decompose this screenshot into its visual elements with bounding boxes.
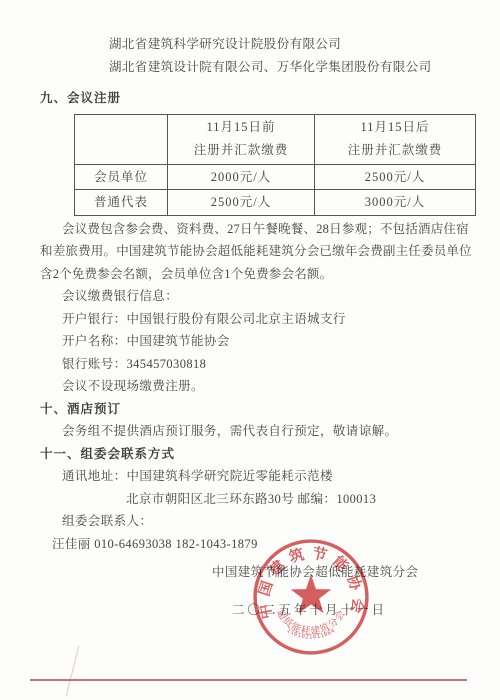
section-heading-registration: 九、会议注册 bbox=[40, 87, 464, 110]
row-regular-after: 3000元/人 bbox=[315, 190, 476, 216]
fee-note-line-2: 和差旅费用。中国建筑节能协会超低能耗建筑分会已缴年会费副主任委员单位 bbox=[40, 240, 464, 263]
row-regular-label: 普通代表 bbox=[75, 190, 168, 216]
intro-company-line-2: 湖北省建筑设计院有限公司、万华化学集团股份有限公司 bbox=[40, 56, 464, 79]
row-member-after: 2500元/人 bbox=[315, 164, 476, 190]
row-regular-before: 2500元/人 bbox=[168, 190, 315, 216]
signature-organization: 中国建筑节能协会超低能耗建筑分会 bbox=[212, 562, 418, 580]
registration-fee-table: 11月15日前 注册并汇款缴费 11月15日后 注册并汇款缴费 会员单位 200… bbox=[74, 114, 476, 216]
fee-note-line-3: 含2个免费参会名额，会员单位含1个免费参会名额。 bbox=[40, 263, 464, 286]
fee-table-row-member: 会员单位 2000元/人 2500元/人 bbox=[75, 164, 476, 190]
contact-address-line-1: 通讯地址：中国建筑科学研究院近零能耗示范楼 bbox=[40, 465, 464, 488]
fee-table-header-before: 11月15日前 注册并汇款缴费 bbox=[168, 114, 315, 164]
signature-date: 二〇二五年十月十一日 bbox=[232, 600, 387, 618]
scan-scratch-artifact bbox=[66, 646, 80, 697]
intro-company-line-1: 湖北省建筑科学研究设计院股份有限公司 bbox=[40, 33, 464, 56]
bottom-red-rule bbox=[30, 679, 467, 681]
section-heading-contact: 十一、组委会联系方式 bbox=[40, 443, 464, 466]
header-before-line2: 注册并汇款缴费 bbox=[170, 139, 312, 163]
bank-line-account-name: 开户名称：中国建筑节能协会 bbox=[40, 330, 464, 353]
header-after-line2: 注册并汇款缴费 bbox=[317, 139, 473, 163]
fee-table-header-after: 11月15日后 注册并汇款缴费 bbox=[315, 114, 476, 164]
row-member-before: 2000元/人 bbox=[168, 164, 315, 190]
bank-line-account-number: 银行账号：345457030818 bbox=[40, 353, 464, 376]
bank-info-title: 会议缴费银行信息： bbox=[40, 285, 464, 308]
row-member-label: 会员单位 bbox=[75, 164, 168, 190]
fee-table-corner-cell bbox=[75, 114, 168, 164]
header-after-line1: 11月15日后 bbox=[317, 116, 473, 140]
hotel-note: 会务组不提供酒店预订服务，需代表自行预定，敬请谅解。 bbox=[40, 420, 464, 443]
header-before-line1: 11月15日前 bbox=[170, 116, 312, 140]
section-heading-hotel: 十、酒店预订 bbox=[40, 398, 464, 421]
seal-ring bbox=[255, 541, 367, 653]
fee-table-row-regular: 普通代表 2500元/人 3000元/人 bbox=[75, 190, 476, 216]
svg-text:1101021011064: 1101021011064 bbox=[285, 628, 336, 641]
onsite-payment-note: 会议不设现场缴费注册。 bbox=[40, 375, 464, 398]
fee-table-header-row: 11月15日前 注册并汇款缴费 11月15日后 注册并汇款缴费 bbox=[75, 114, 476, 164]
contact-persons-title: 组委会联系人： bbox=[40, 510, 464, 533]
bank-line-bank: 开户银行：中国银行股份有限公司北京主语城支行 bbox=[40, 308, 464, 331]
seal-serial-number: 1101021011064 bbox=[285, 628, 336, 641]
fee-note-line-1: 会议费包含参会费、资料费、27日午餐晚餐、28日参观；不包括酒店住宿 bbox=[40, 218, 464, 241]
contact-address-line-2: 北京市朝阳区北三环东路30号 邮编：100013 bbox=[40, 488, 464, 511]
scanned-notice-page: 湖北省建筑科学研究设计院股份有限公司 湖北省建筑设计院有限公司、万华化学集团股份… bbox=[0, 0, 500, 700]
document-body: 湖北省建筑科学研究设计院股份有限公司 湖北省建筑设计院有限公司、万华化学集团股份… bbox=[40, 33, 464, 555]
contact-person-line: 汪佳丽 010-64693038 182-1043-1879 bbox=[40, 533, 464, 556]
